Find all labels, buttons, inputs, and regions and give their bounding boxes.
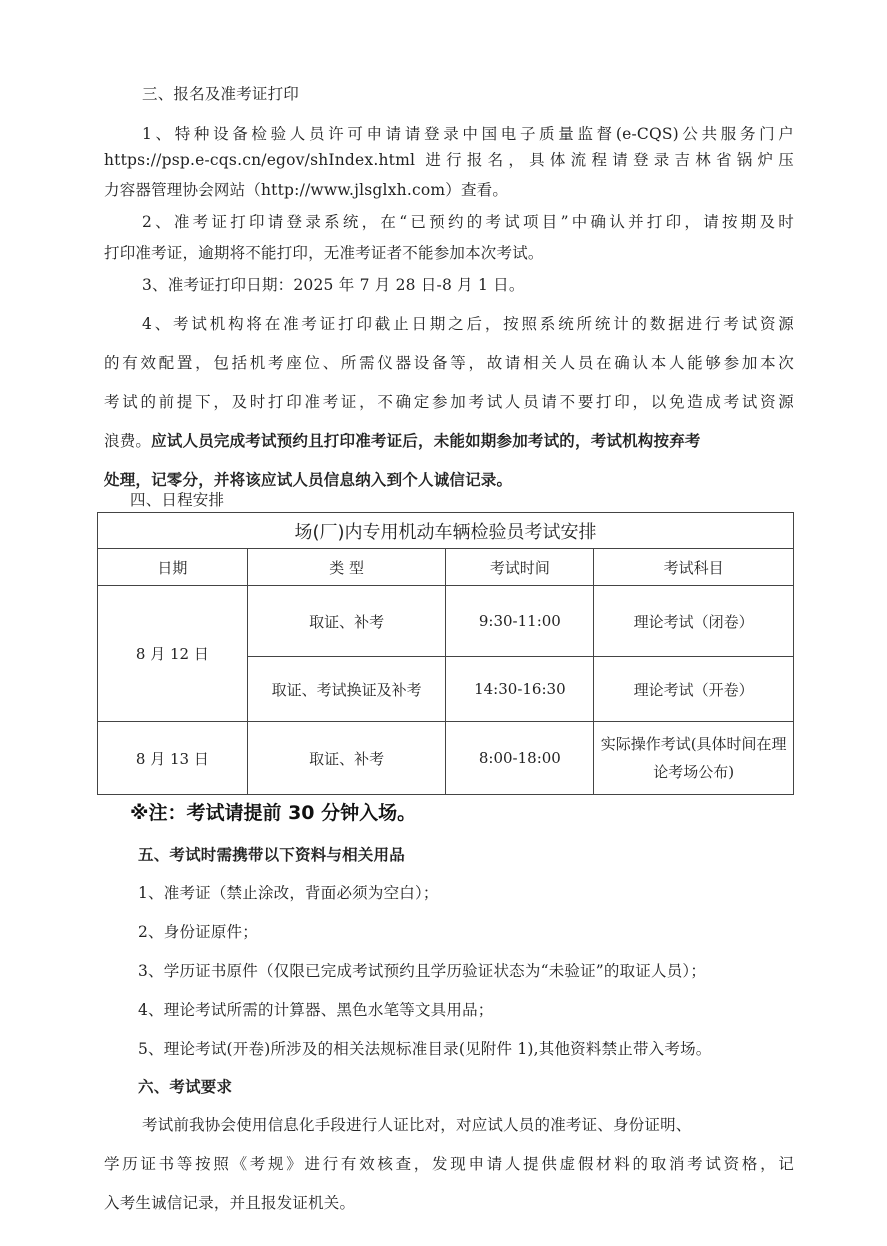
section-5-item-5: 5、理论考试(开卷)所涉及的相关法规标准目录(见附件 1),其他资料禁止带入考场… [138, 1039, 828, 1059]
section-6-body-line-3: 入考生诚信记录，并且报发证机关。 [104, 1193, 794, 1213]
section-3-item-3: 3、准考证打印日期：2025 年 7 月 28 日-8 月 1 日。 [142, 275, 794, 295]
schedule-note: ※注：考试请提前 30 分钟入场。 [130, 798, 416, 825]
item-4-bold-warning: 应试人员完成考试预约且打印准考证后，未能如期参加考试的，考试机构按弃考 [151, 432, 701, 450]
header-date: 日期 [98, 549, 248, 586]
section-6-heading: 六、考试要求 [138, 1077, 828, 1097]
section-3-item-2-line-2: 打印准考证，逾期将不能打印，无准考证者不能参加本次考试。 [104, 243, 794, 263]
section-3-item-2-line-1: 2、准考证打印请登录系统，在“已预约的考试项目”中确认并打印，请按期及时 [142, 212, 794, 232]
cell-date: 8 月 13 日 [98, 722, 248, 795]
table-row: 8 月 12 日 取证、补考 9:30-11:00 理论考试（闭卷） [98, 586, 794, 657]
section-5-item-3: 3、学历证书原件（仅限已完成考试预约且学历验证状态为“未验证”的取证人员）； [138, 961, 828, 981]
section-5-heading: 五、考试时需携带以下资料与相关用品 [138, 845, 828, 865]
cell-subject: 理论考试（闭卷） [594, 586, 794, 657]
cell-date: 8 月 12 日 [98, 586, 248, 722]
cell-type: 取证、考试换证及补考 [247, 657, 446, 722]
section-3-item-4-line-4: 浪费。应试人员完成考试预约且打印准考证后，未能如期参加考试的，考试机构按弃考 [104, 431, 794, 451]
header-time: 考试时间 [446, 549, 594, 586]
cell-type: 取证、补考 [247, 586, 446, 657]
section-5-item-4: 4、理论考试所需的计算器、黑色水笔等文具用品； [138, 1000, 828, 1020]
table-header-row: 日期 类 型 考试时间 考试科目 [98, 549, 794, 586]
section-3-item-1-line-2: https://psp.e-cqs.cn/egov/shIndex.html 进… [104, 150, 794, 170]
exam-schedule-table: 场(厂)内专用机动车辆检验员考试安排 日期 类 型 考试时间 考试科目 8 月 … [97, 512, 794, 795]
section-4-heading: 四、日程安排 [130, 490, 782, 510]
cell-time: 9:30-11:00 [446, 586, 594, 657]
cell-type: 取证、补考 [247, 722, 446, 795]
cell-time: 8:00-18:00 [446, 722, 594, 795]
section-6-body-line-1: 考试前我协会使用信息化手段进行人证比对，对应试人员的准考证、身份证明、 [142, 1115, 794, 1135]
section-3-item-1-line-1: 1、特种设备检验人员许可申请请登录中国电子质量监督(e-CQS)公共服务门户 [142, 124, 794, 144]
section-3-item-4-line-2: 的有效配置，包括机考座位、所需仪器设备等，故请相关人员在确认本人能够参加本次 [104, 353, 794, 373]
header-type: 类 型 [247, 549, 446, 586]
cell-subject: 理论考试（开卷） [594, 657, 794, 722]
section-3-item-1-line-3: 力容器管理协会网站（http://www.jlsglxh.com）查看。 [104, 180, 794, 200]
table-title-row: 场(厂)内专用机动车辆检验员考试安排 [98, 513, 794, 549]
cell-subject: 实际操作考试(具体时间在理论考场公布) [594, 722, 794, 795]
section-5-item-2: 2、身份证原件； [138, 922, 828, 942]
table-title: 场(厂)内专用机动车辆检验员考试安排 [98, 513, 794, 549]
item-4-normal-text: 浪费。 [104, 432, 151, 450]
section-3-heading: 三、报名及准考证打印 [142, 84, 794, 104]
header-subject: 考试科目 [594, 549, 794, 586]
section-5-item-1: 1、准考证（禁止涂改，背面必须为空白）； [138, 883, 828, 903]
cell-time: 14:30-16:30 [446, 657, 594, 722]
section-3-item-4-line-1: 4、考试机构将在准考证打印截止日期之后，按照系统所统计的数据进行考试资源 [142, 314, 794, 334]
section-3-item-4-line-5: 处理，记零分，并将该应试人员信息纳入到个人诚信记录。 [104, 470, 794, 490]
table-row: 8 月 13 日 取证、补考 8:00-18:00 实际操作考试(具体时间在理论… [98, 722, 794, 795]
section-3-item-4-line-3: 考试的前提下，及时打印准考证，不确定参加考试人员请不要打印，以免造成考试资源 [104, 392, 794, 412]
section-6-body-line-2: 学历证书等按照《考规》进行有效核查，发现申请人提供虚假材料的取消考试资格，记 [104, 1154, 794, 1174]
